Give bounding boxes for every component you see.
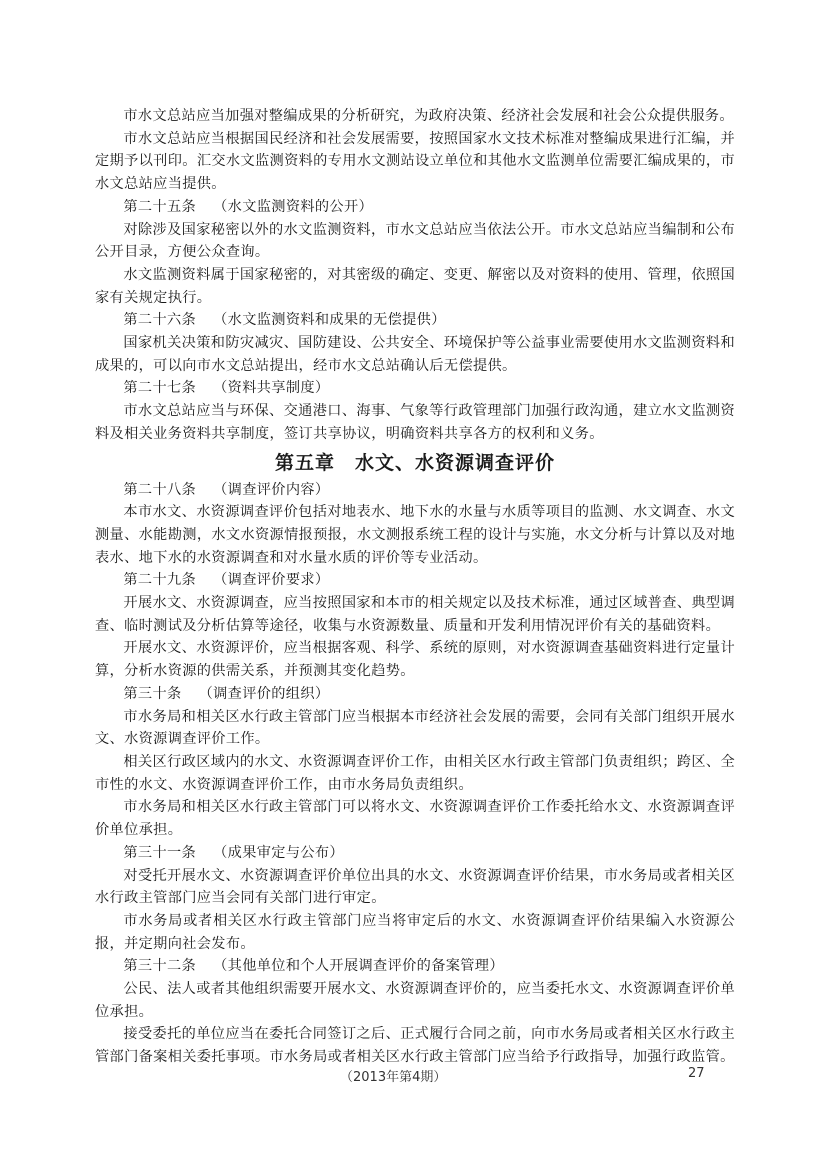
article-number: 第二十五条 — [123, 199, 196, 215]
paragraph: 本市水文、水资源调查评价包括对地表水、地下水的水量与水质等项目的监测、水文调查、… — [95, 501, 735, 569]
paragraph: 开展水文、水资源调查，应当按照国家和本市的相关规定以及技术标准，通过区域普查、典… — [95, 592, 735, 637]
paragraph: 开展水文、水资源评价，应当根据客观、科学、系统的原则，对水资源调查基础资料进行定… — [95, 637, 735, 682]
article-heading: 第二十六条（水文监测资料和成果的无偿提供） — [95, 309, 735, 332]
article-number: 第二十七条 — [123, 380, 196, 396]
article-heading: 第二十七条（资料共享制度） — [95, 377, 735, 400]
article-title: （水文监测资料和成果的无偿提供） — [213, 312, 446, 328]
paragraph: 对除涉及国家秘密以外的水文监测资料，市水文总站应当依法公开。市水文总站应当编制和… — [95, 219, 735, 264]
paragraph: 市水务局和相关区水行政主管部门应当根据本市经济社会发展的需要，会同有关部门组织开… — [95, 706, 735, 751]
article-number: 第三十一条 — [123, 845, 196, 861]
paragraph: 市水文总站应当加强对整编成果的分析研究，为政府决策、经济社会发展和社会公众提供服… — [95, 105, 735, 128]
article-title: （调查评价内容） — [213, 482, 329, 498]
paragraph: 水文监测资料属于国家秘密的，对其密级的确定、变更、解密以及对资料的使用、管理，依… — [95, 264, 735, 309]
paragraph: 市水务局和相关区水行政主管部门可以将水文、水资源调查评价工作委托给水文、水资源调… — [95, 796, 735, 841]
paragraph: 接受委托的单位应当在委托合同签订之后、正式履行合同之前，向市水务局或者相关区水行… — [95, 1023, 735, 1068]
article-title: （成果审定与公布） — [213, 845, 344, 861]
paragraph: 市水文总站应当与环保、交通港口、海事、气象等行政管理部门加强行政沟通，建立水文监… — [95, 400, 735, 445]
paragraph: 市水务局或者相关区水行政主管部门应当将审定后的水文、水资源调查评价结果编入水资源… — [95, 910, 735, 955]
article-number: 第三十条 — [123, 686, 181, 702]
page-number: 27 — [688, 1066, 705, 1081]
article-heading: 第三十二条（其他单位和个人开展调查评价的备案管理） — [95, 955, 735, 978]
article-heading: 第二十八条（调查评价内容） — [95, 479, 735, 502]
paragraph: 相关区行政区域内的水文、水资源调查评价工作，由相关区水行政主管部门负责组织；跨区… — [95, 751, 735, 796]
article-heading: 第二十五条（水文监测资料的公开） — [95, 196, 735, 219]
document-page: 市水文总站应当加强对整编成果的分析研究，为政府决策、经济社会发展和社会公众提供服… — [95, 105, 735, 1069]
paragraph: 市水文总站应当根据国民经济和社会发展需要，按照国家水文技术标准对整编成果进行汇编… — [95, 128, 735, 196]
article-heading: 第二十九条（调查评价要求） — [95, 569, 735, 592]
issue-label: （2013年第4期） — [340, 1066, 446, 1085]
paragraph: 对受托开展水文、水资源调查评价单位出具的水文、水资源调查评价结果，市水务局或者相… — [95, 865, 735, 910]
article-title: （其他单位和个人开展调查评价的备案管理） — [213, 958, 504, 974]
article-heading: 第三十一条（成果审定与公布） — [95, 842, 735, 865]
article-title: （水文监测资料的公开） — [213, 199, 373, 215]
article-title: （调查评价要求） — [213, 572, 329, 588]
article-heading: 第三十条（调查评价的组织） — [95, 683, 735, 706]
paragraph: 国家机关决策和防灾减灾、国防建设、公共安全、环境保护等公益事业需要使用水文监测资… — [95, 332, 735, 377]
article-title: （资料共享制度） — [213, 380, 329, 396]
article-number: 第二十八条 — [123, 482, 196, 498]
article-title: （调查评价的组织） — [199, 686, 330, 702]
article-number: 第二十九条 — [123, 572, 196, 588]
chapter-heading: 第五章 水文、水资源调查评价 — [95, 452, 735, 474]
article-number: 第三十二条 — [123, 958, 196, 974]
paragraph: 公民、法人或者其他组织需要开展水文、水资源调查评价的，应当委托水文、水资源调查评… — [95, 978, 735, 1023]
article-number: 第二十六条 — [123, 312, 196, 328]
